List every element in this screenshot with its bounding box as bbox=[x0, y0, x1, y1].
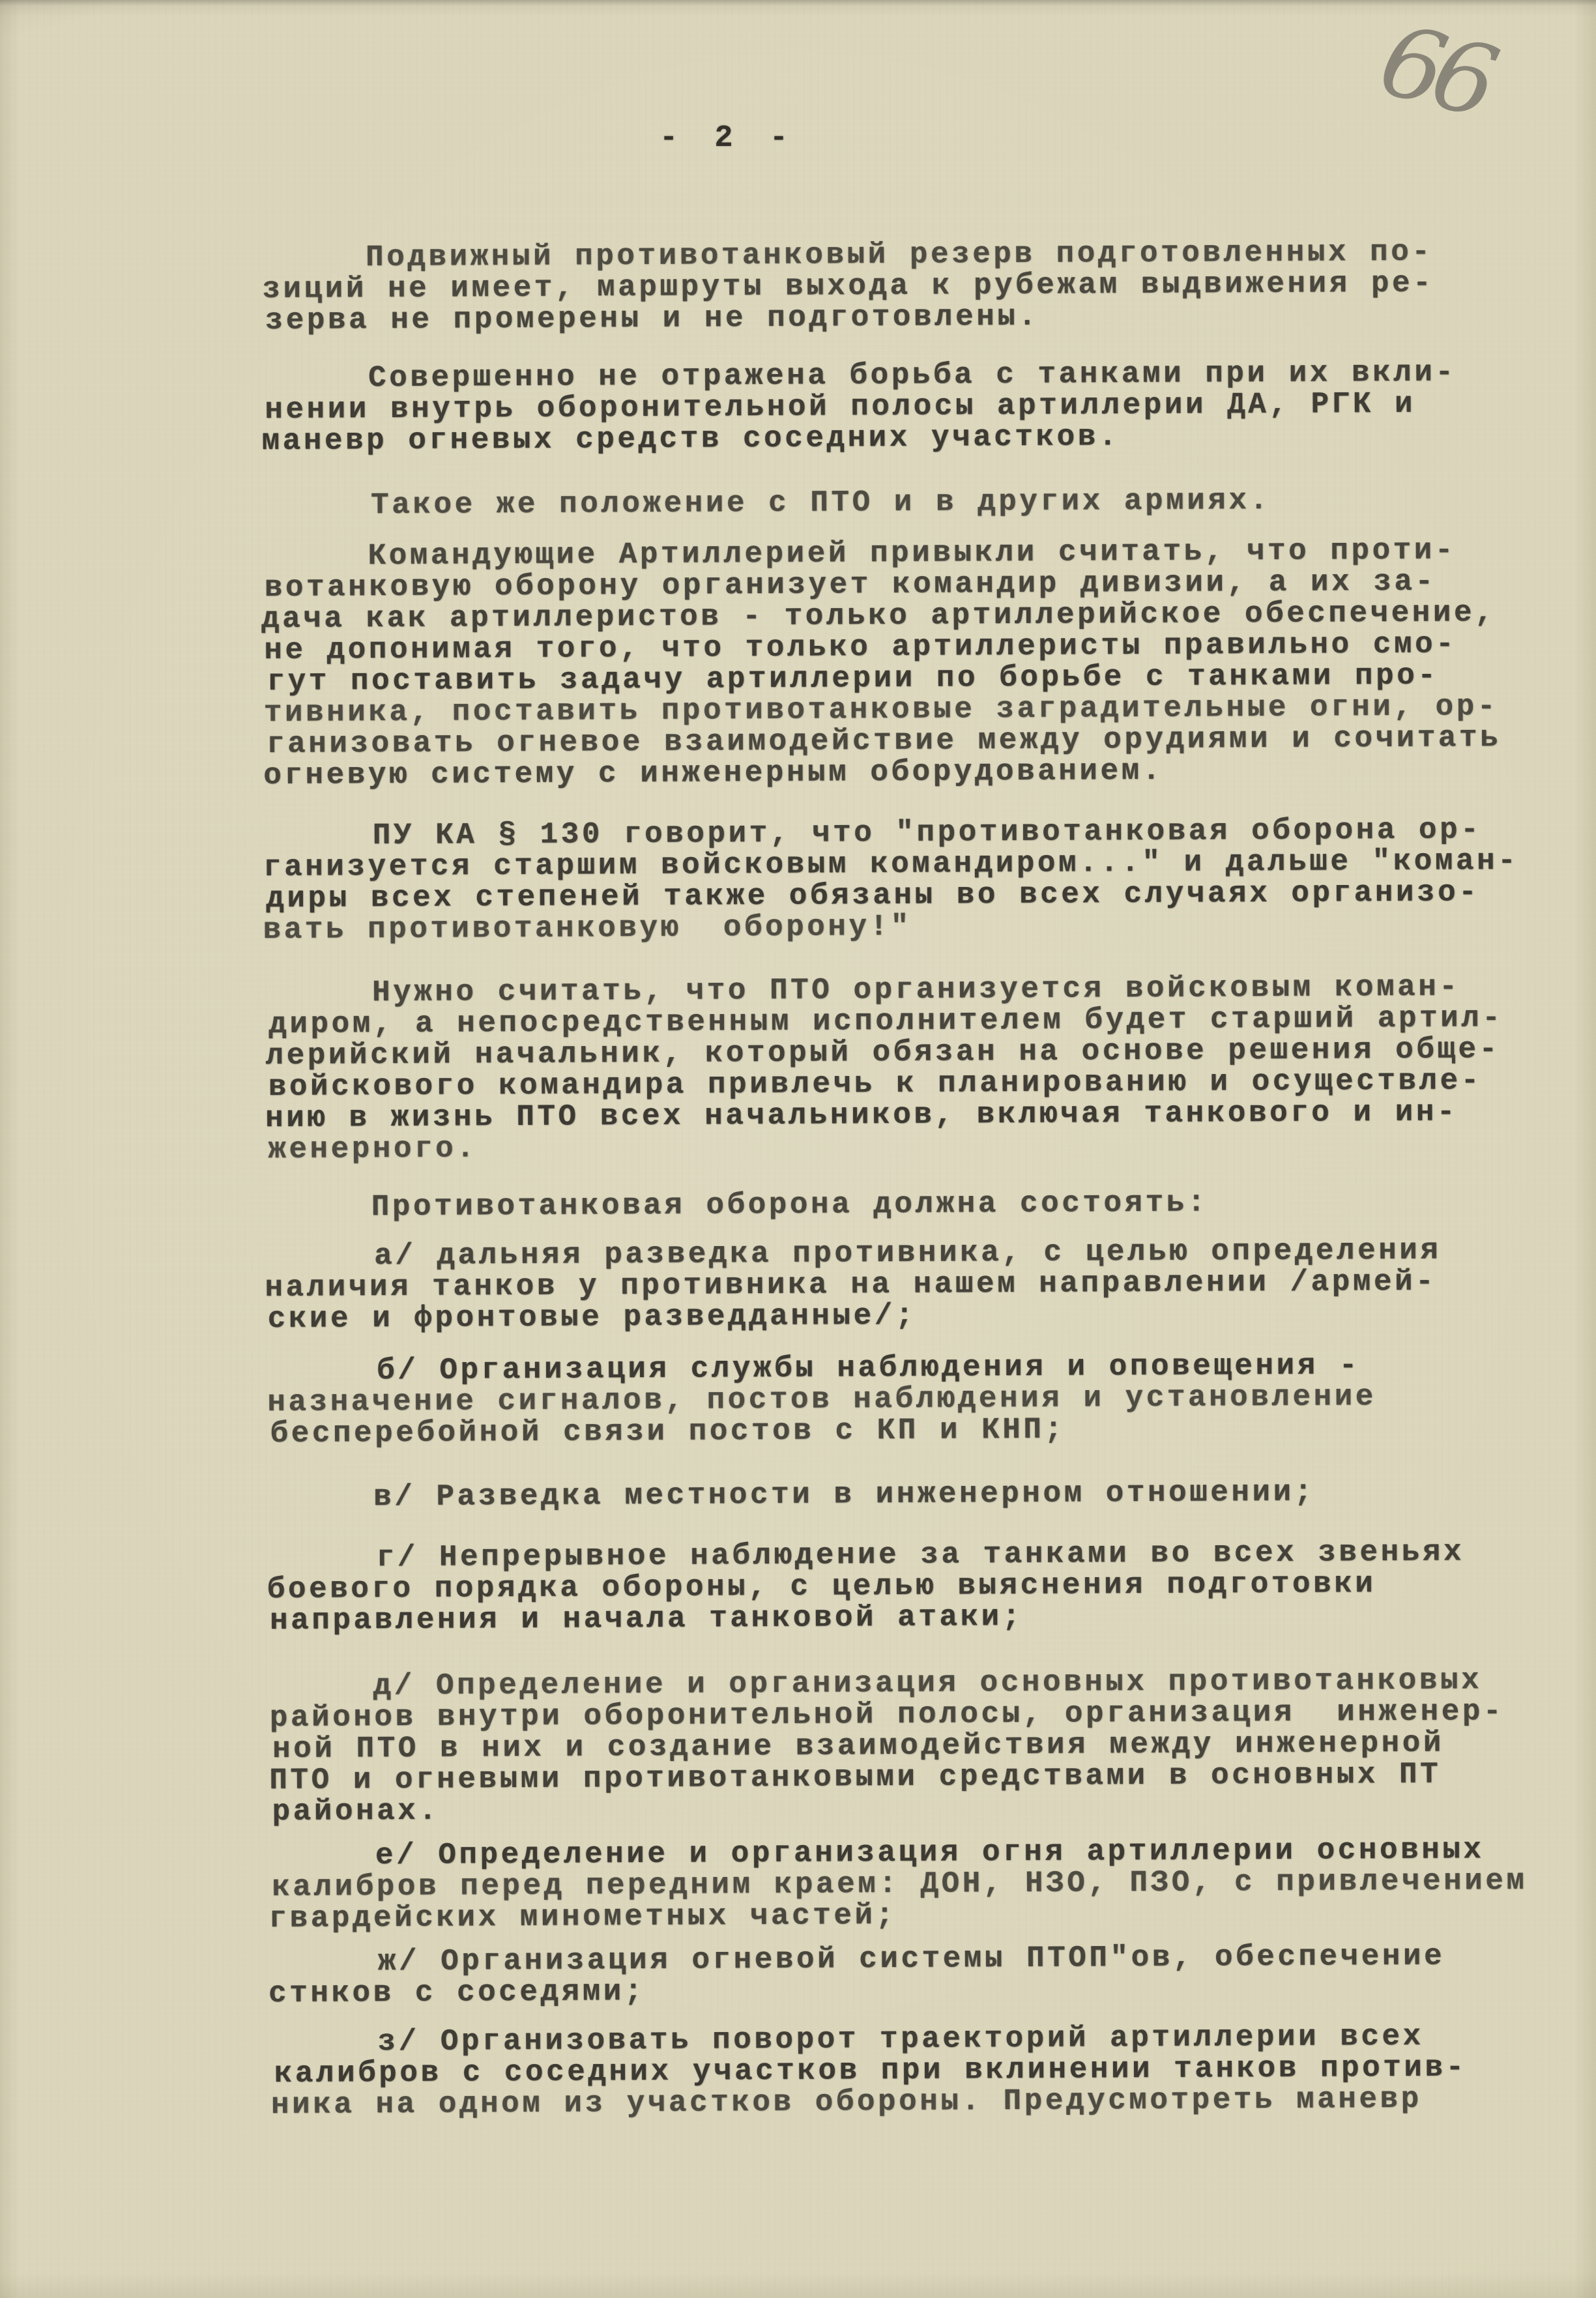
scanned-document-page: 66 - 2 - Подвижный противотанковый резер… bbox=[0, 0, 1596, 2298]
paragraph: е/ Определение и организация огня артилл… bbox=[270, 1834, 1548, 1934]
paragraph: Командующие Артиллерией привыкли считать… bbox=[263, 534, 1542, 791]
text-line: направления и начала танковой атаки; bbox=[270, 1599, 1547, 1636]
paragraph: ж/ Организация огневой системы ПТОП"ов, … bbox=[271, 1940, 1548, 2009]
text-line: маневр огневых средств соседних участков… bbox=[261, 419, 1539, 457]
paragraph: а/ дальняя разведка противника, с целью … bbox=[267, 1234, 1545, 1335]
paragraph: Такое же положение с ПТО и в других арми… bbox=[263, 484, 1541, 521]
typed-page-number: - 2 - bbox=[660, 121, 797, 156]
document-body-text: Подвижный противотанковый резерв подгото… bbox=[262, 236, 1549, 2121]
text-line: ские и фронтовые разведданные/; bbox=[268, 1297, 1545, 1335]
text-line: Противотанковая оборона должна состоять: bbox=[265, 1185, 1543, 1223]
text-line: Такое же положение с ПТО и в других арми… bbox=[265, 484, 1542, 521]
paragraph: Подвижный противотанковый резерв подгото… bbox=[262, 236, 1540, 336]
paragraph: ПУ КА § 130 говорит, что "противотанкова… bbox=[265, 814, 1543, 946]
paragraph: д/ Определение и организация основных пр… bbox=[269, 1665, 1547, 1827]
text-line: зерва не промерены и не подготовлены. bbox=[265, 298, 1543, 336]
paragraph: Нужно считать, что ПТО организуется войс… bbox=[266, 971, 1544, 1165]
text-line: районах. bbox=[272, 1790, 1549, 1827]
paragraph: б/ Организация службы наблюдения и опове… bbox=[268, 1349, 1546, 1449]
paragraph: з/ Организовать поворот траекторий артил… bbox=[271, 2020, 1549, 2121]
text-line: стнков с соседями; bbox=[268, 1971, 1546, 2009]
text-line: ника на одном из участков обороны. Преду… bbox=[271, 2083, 1548, 2121]
text-line: бесперебойной связи постов с КП и КНП; bbox=[270, 1412, 1547, 1449]
paragraph: в/ Разведка местности в инженерном отнош… bbox=[268, 1476, 1546, 1513]
paragraph: г/ Непрерывное наблюдение за танками во … bbox=[268, 1536, 1546, 1636]
paragraph: Противотанковая оборона должна состоять: bbox=[267, 1185, 1545, 1223]
paragraph: Совершенно не отражена борьба с танками … bbox=[263, 356, 1541, 457]
text-line: в/ Разведка местности в инженерном отнош… bbox=[267, 1476, 1545, 1513]
text-line: женерного. bbox=[268, 1127, 1545, 1165]
text-line: гвардейских минометных частей; bbox=[268, 1897, 1546, 1934]
handwritten-folio-number: 66 bbox=[1369, 3, 1500, 139]
text-line: огневую систему с инженерным оборудовани… bbox=[263, 753, 1541, 791]
text-line: вать противотанковую оборону!" bbox=[263, 908, 1540, 946]
